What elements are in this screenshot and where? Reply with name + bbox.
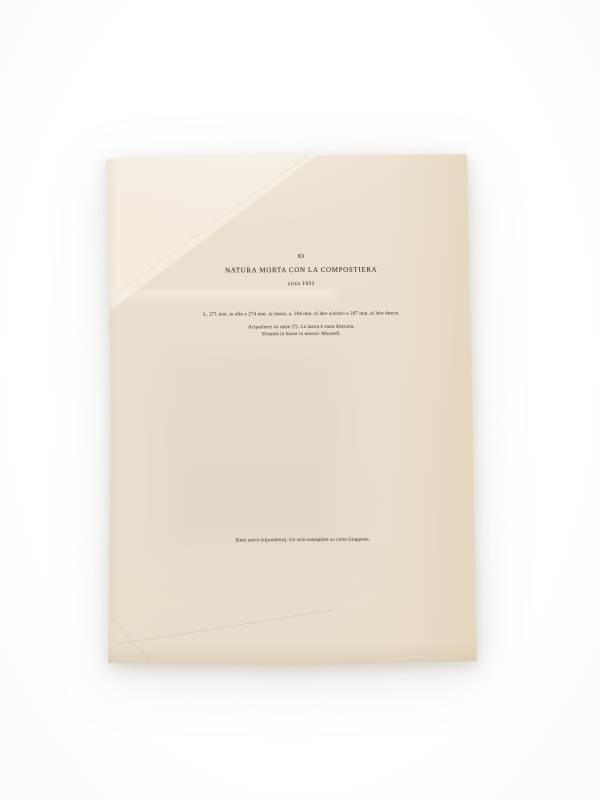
artwork-title: NATURA MORTA CON LA COMPOSTIERA [119, 265, 483, 275]
paper-edge-shade [106, 156, 115, 666]
dimensions-text: L. 271 mm. in alto e 274 mm. in basso, a… [119, 311, 483, 318]
printed-text-block: 83 NATURA MORTA CON LA COMPOSTIERA circa… [118, 153, 485, 667]
catalog-page-sheet: 83 NATURA MORTA CON LA COMPOSTIERA circa… [0, 0, 600, 800]
edition-caption: Stato unico (riprodotto). Un solo esempl… [121, 537, 485, 544]
photo-background: 83 NATURA MORTA CON LA COMPOSTIERA circa… [0, 0, 600, 800]
paper-drop-shadow: 83 NATURA MORTA CON LA COMPOSTIERA circa… [0, 0, 600, 800]
artwork-date: circa 1931 [119, 280, 483, 288]
plate-number: 83 [119, 253, 483, 261]
technique-text: Acquaforte su rame (?). La lastra è stat… [119, 324, 483, 331]
signature-text: Firmata in basso in mezzo: Morandi. [120, 331, 484, 338]
